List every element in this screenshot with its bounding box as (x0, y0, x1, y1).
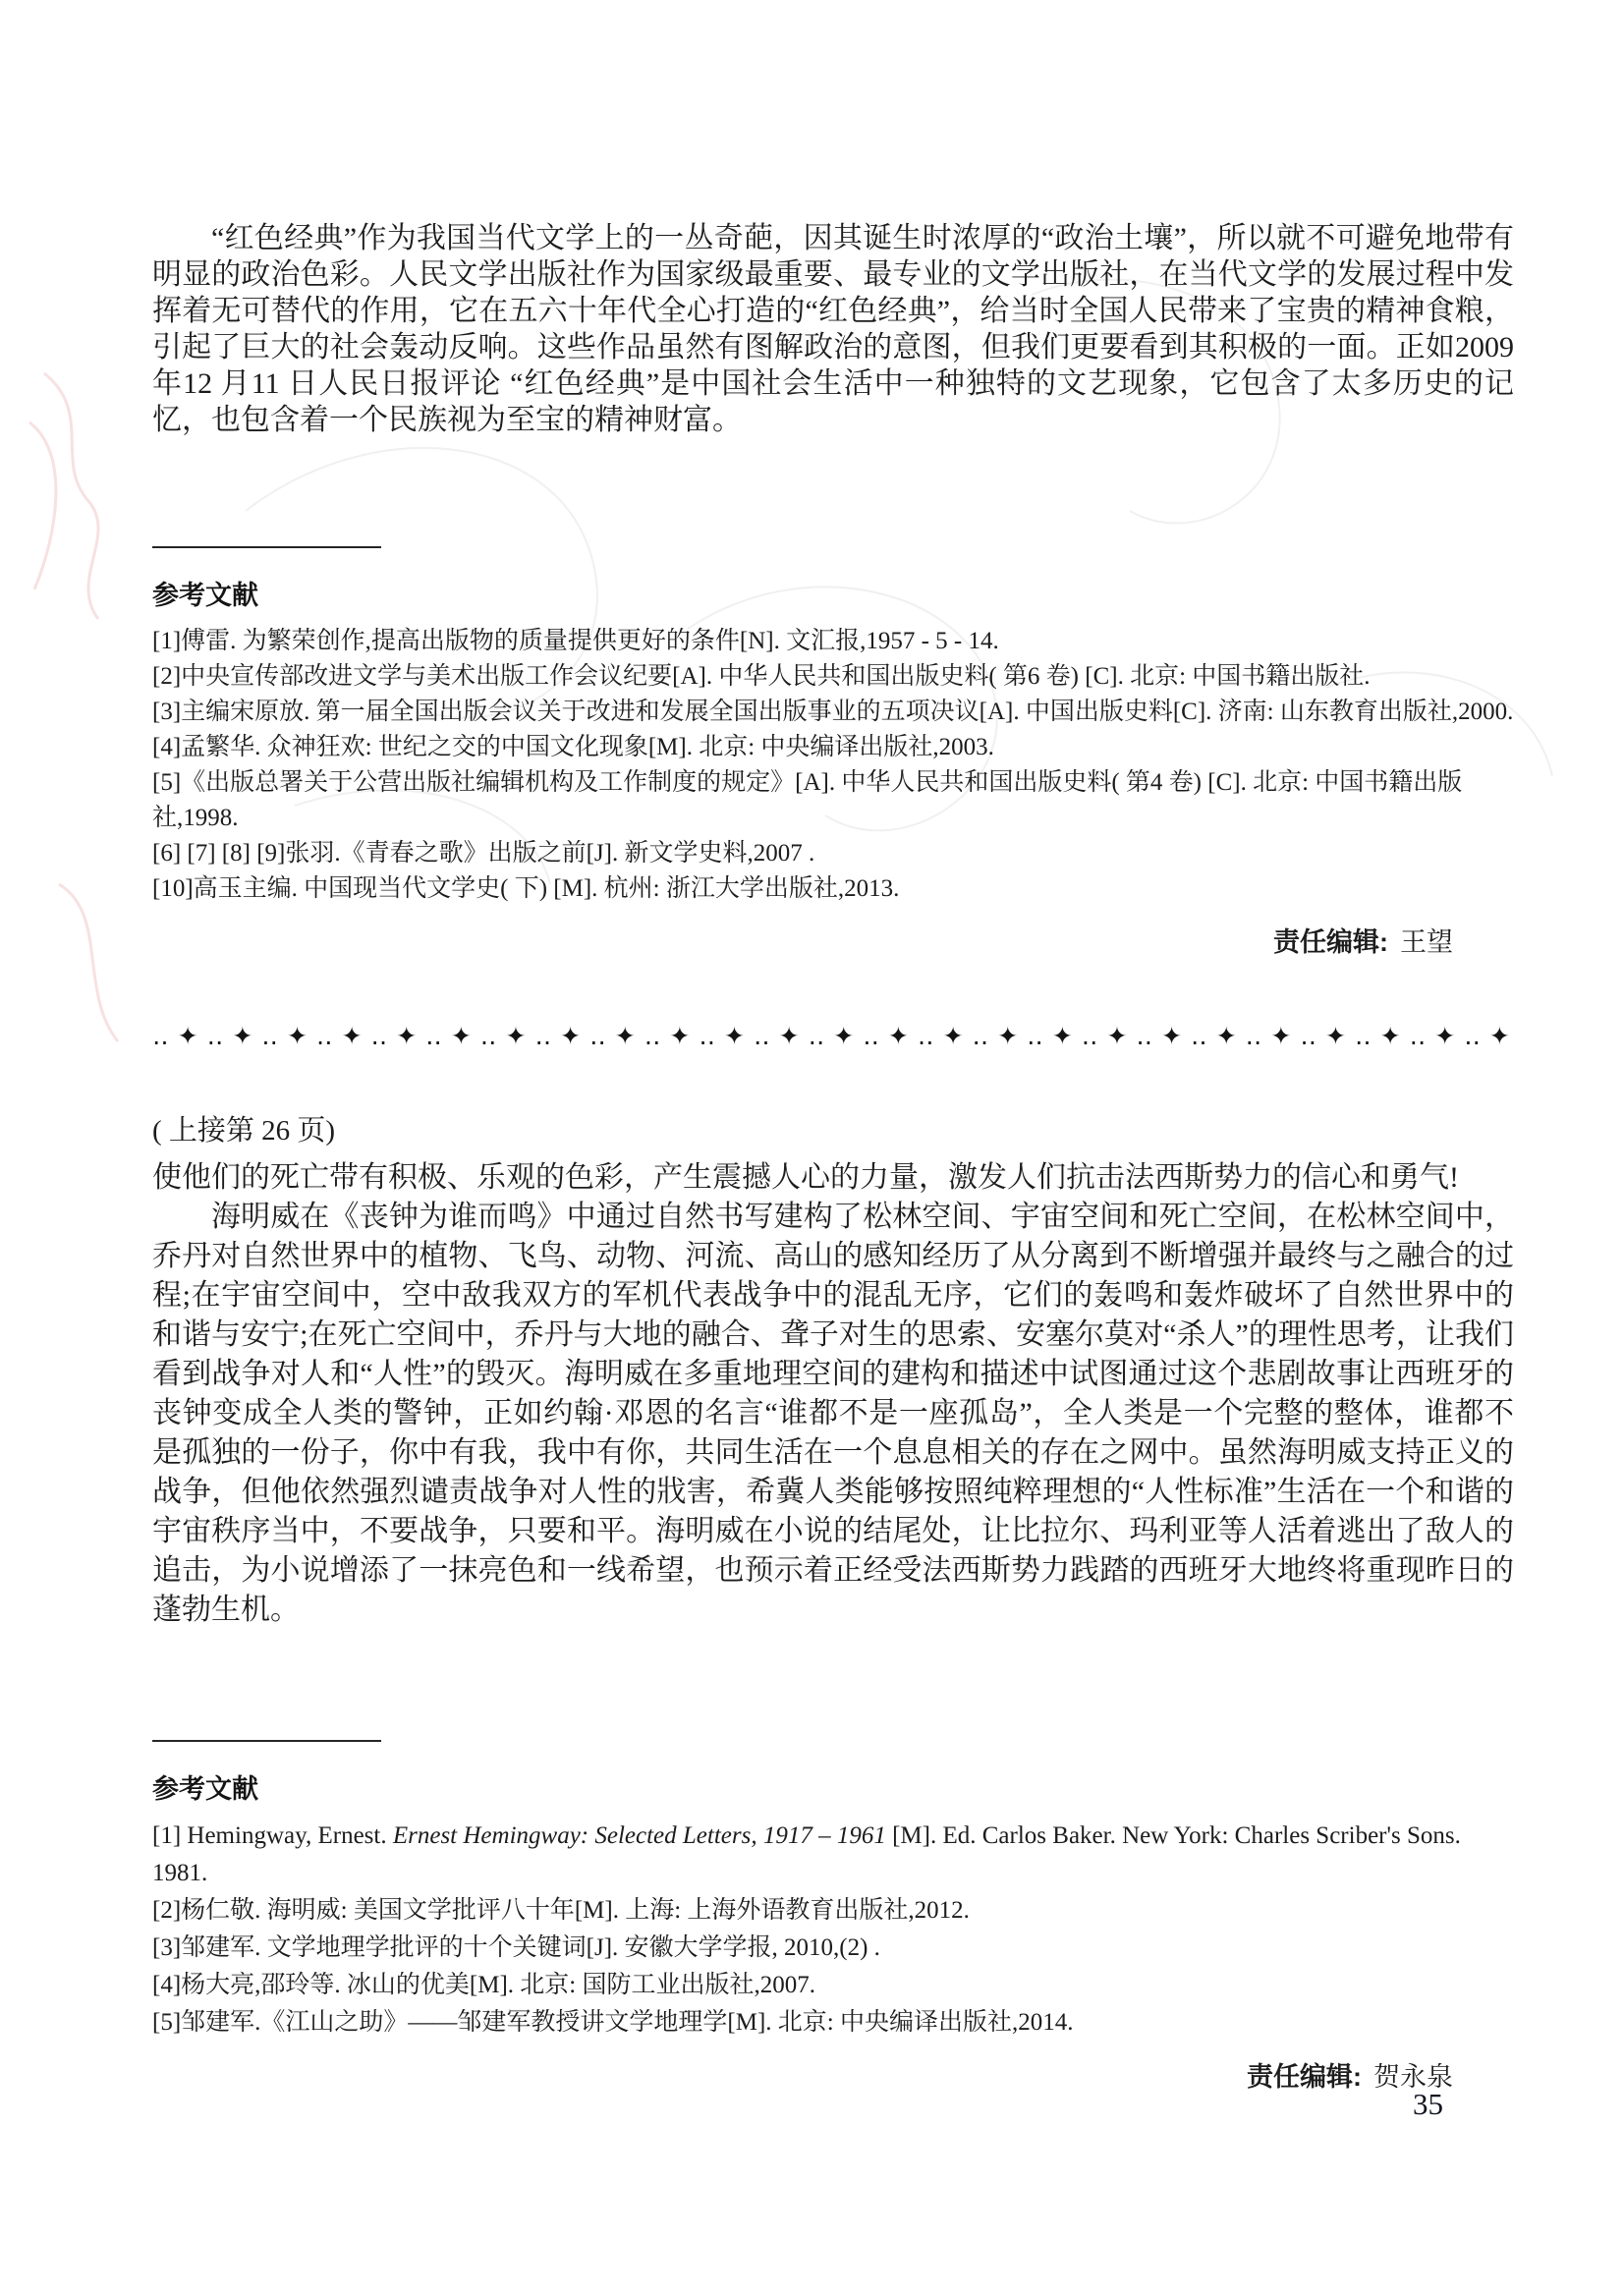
editor-credit: 责任编辑:王望 (152, 921, 1514, 959)
reference-item: [2]中央宣传部改进文学与美术出版工作会议纪要[A]. 中华人民共和国出版史料(… (152, 659, 1514, 695)
reference-item: [3]邹建军. 文学地理学批评的十个关键词[J]. 安徽大学学报, 2010,(… (152, 1930, 1514, 1967)
reference-item: [1]傅雷. 为繁荣创作,提高出版物的质量提供更好的条件[N]. 文汇报,195… (152, 624, 1514, 659)
reference-item: [5]《出版总署关于公营出版社编辑机构及工作制度的规定》[A]. 中华人民共和国… (152, 765, 1514, 836)
references-heading: 参考文献 (152, 574, 1514, 612)
references-separator-rule (152, 546, 381, 548)
reference-item: [4]孟繁华. 众神狂欢: 世纪之交的中国文化现象[M]. 北京: 中央编译出版… (152, 730, 1514, 765)
editor-label: 责任编辑: (1273, 927, 1388, 957)
article2-continued-paragraph: 使他们的死亡带有积极、乐观的色彩，产生震撼人心的力量，激发人们抗击法西斯势力的信… (152, 1158, 1514, 1198)
references-heading: 参考文献 (152, 1767, 1514, 1806)
references-list: [1]傅雷. 为繁荣创作,提高出版物的质量提供更好的条件[N]. 文汇报,195… (152, 624, 1514, 907)
references-separator-rule (152, 1740, 381, 1742)
reference-item: [4]杨大亮,邵玲等. 冰山的优美[M]. 北京: 国防工业出版社,2007. (152, 1967, 1514, 2004)
editor-name: 王望 (1400, 927, 1453, 957)
article1-closing-paragraph: “红色经典”作为我国当代文学上的一丛奇葩，因其诞生时浓厚的“政治土壤”，所以就不… (152, 220, 1514, 438)
reference-book-title: Ernest Hemingway: Selected Letters, 1917… (393, 1822, 886, 1849)
editor-credit: 责任编辑:贺永泉 (152, 2055, 1514, 2094)
reference-item: [2]杨仁敬. 海明威: 美国文学批评八十年[M]. 上海: 上海外语教育出版社… (152, 1892, 1514, 1930)
article-divider-ornament: ‥✦‥✦‥✦‥✦‥✦‥✦‥✦‥✦‥✦‥✦‥✦‥✦‥✦‥✦‥✦‥✦‥✦‥✦‥✦‥✦… (152, 1022, 1514, 1057)
page-number: 35 (1413, 2087, 1443, 2122)
article2-main-paragraph: 海明威在《丧钟为谁而鸣》中通过自然书写建构了松林空间、宇宙空间和死亡空间，在松林… (152, 1198, 1514, 1630)
reference-item: [1] Hemingway, Ernest. Ernest Hemingway:… (152, 1818, 1514, 1892)
reference-item: [3]主编宋原放. 第一届全国出版会议关于改进和发展全国出版事业的五项决议[A]… (152, 695, 1514, 730)
reference-text: [1] Hemingway, Ernest. (152, 1822, 393, 1849)
reference-item: [6] [7] [8] [9]张羽.《青春之歌》出版之前[J]. 新文学史料,2… (152, 836, 1514, 871)
editor-label: 责任编辑: (1247, 2062, 1362, 2092)
journal-page: “红色经典”作为我国当代文学上的一丛奇葩，因其诞生时浓厚的“政治土壤”，所以就不… (0, 0, 1624, 2295)
references-list: [1] Hemingway, Ernest. Ernest Hemingway:… (152, 1818, 1514, 2042)
reference-item: [5]邹建军.《江山之助》——邹建军教授讲文学地理学[M]. 北京: 中央编译出… (152, 2004, 1514, 2042)
page-content: “红色经典”作为我国当代文学上的一丛奇葩，因其诞生时浓厚的“政治土壤”，所以就不… (152, 220, 1514, 2094)
reference-item: [10]高玉主编. 中国现当代文学史( 下) [M]. 杭州: 浙江大学出版社,… (152, 871, 1514, 907)
continued-from-note: ( 上接第 26 页) (152, 1108, 1514, 1148)
